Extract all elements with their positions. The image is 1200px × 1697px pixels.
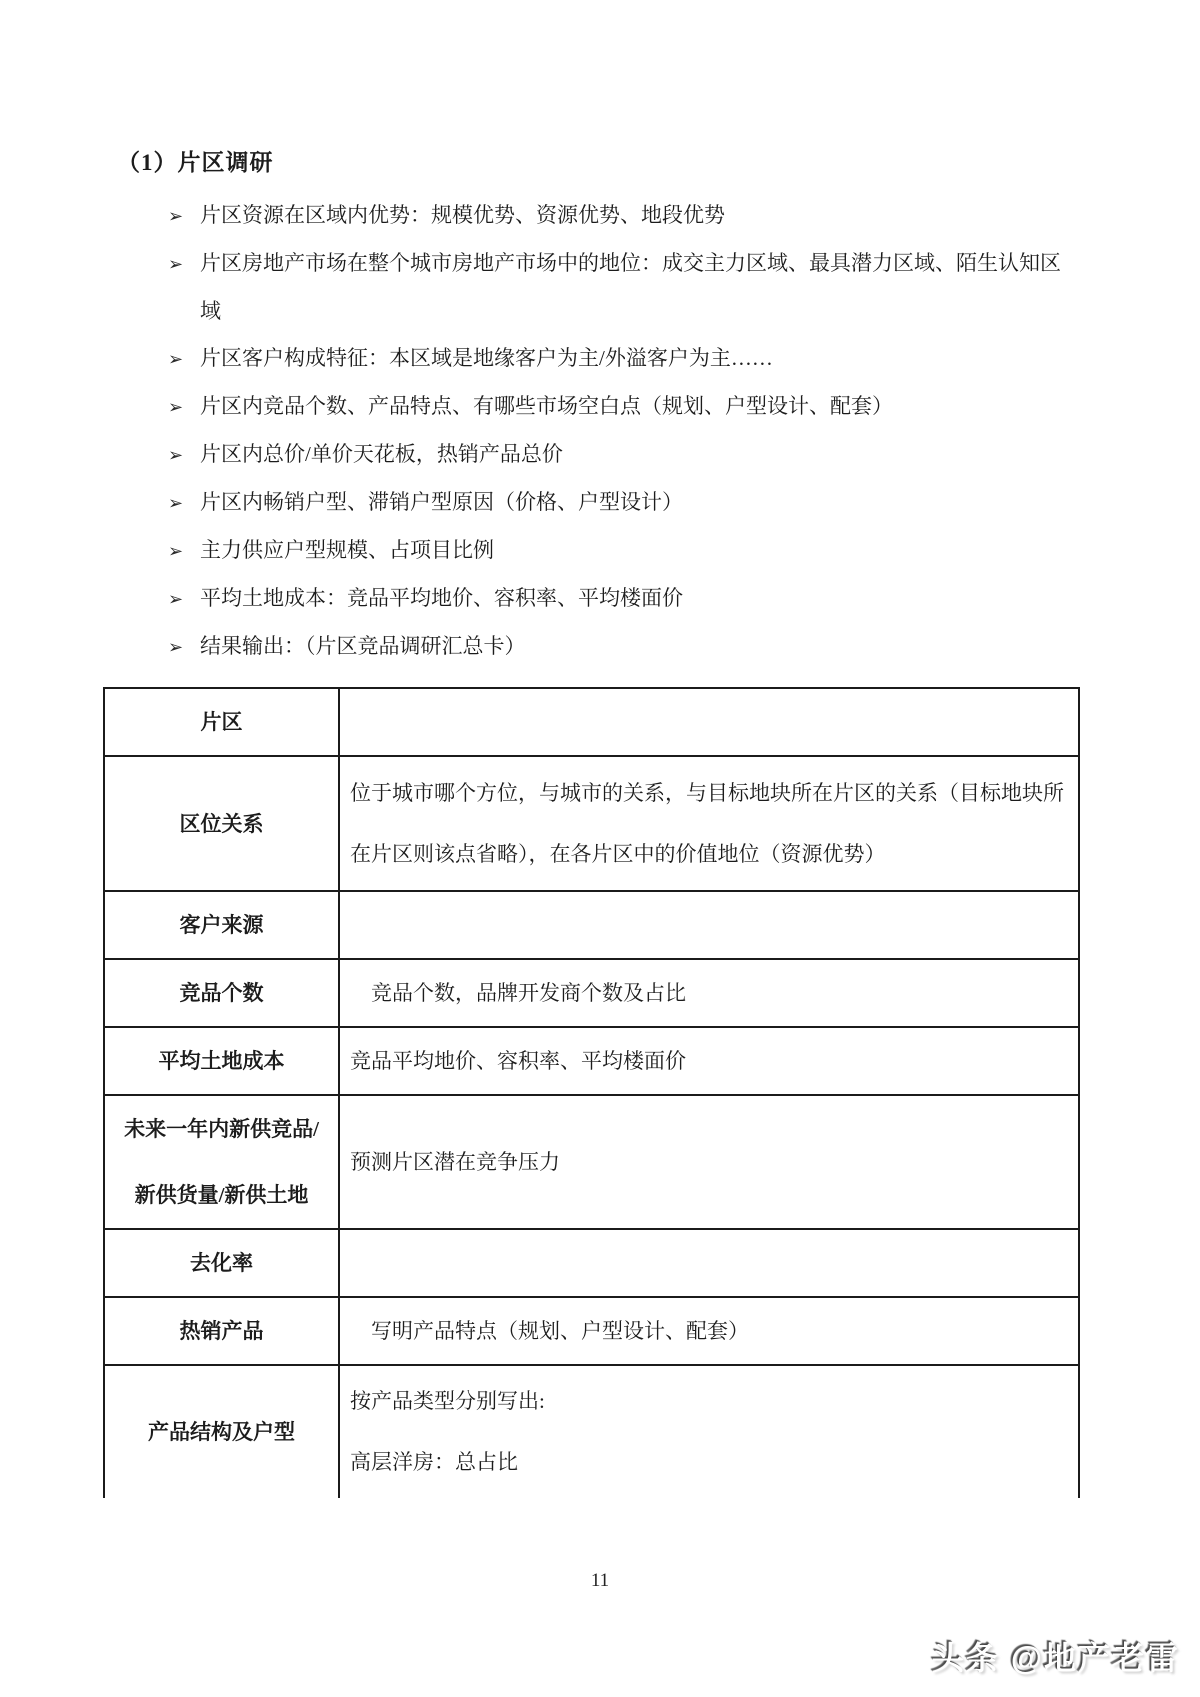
row-content xyxy=(339,1229,1079,1297)
row-content: 按产品类型分别写出: 高层洋房：总占比 xyxy=(339,1365,1079,1498)
table-row-product-structure: 产品结构及户型 按产品类型分别写出: 高层洋房：总占比 xyxy=(104,1365,1079,1498)
bullet-arrow-icon: ➢ xyxy=(168,241,200,288)
bullet-item: ➢片区内竞品个数、产品特点、有哪些市场空白点（规划、户型设计、配套） xyxy=(168,383,1068,431)
bullet-list: ➢片区资源在区域内优势：规模优势、资源优势、地段优势 ➢片区房地产市场在整个城市… xyxy=(168,192,1068,671)
table-row-customer-source: 客户来源 xyxy=(104,891,1079,959)
table-row-competitor-count: 竞品个数 竞品个数，品牌开发商个数及占比 xyxy=(104,959,1079,1027)
row-label: 未来一年内新供竞品/ 新供货量/新供土地 xyxy=(104,1095,339,1229)
bullet-arrow-icon: ➢ xyxy=(168,576,200,623)
bullet-text: 平均土地成本：竞品平均地价、容积率、平均楼面价 xyxy=(200,586,683,610)
table-row-future-new-supply: 未来一年内新供竞品/ 新供货量/新供土地 预测片区潜在竞争压力 xyxy=(104,1095,1079,1229)
table-row-absorption-rate: 去化率 xyxy=(104,1229,1079,1297)
row-content: 竞品个数，品牌开发商个数及占比 xyxy=(339,959,1079,1027)
row-label: 热销产品 xyxy=(104,1297,339,1365)
row-content: 预测片区潜在竞争压力 xyxy=(339,1095,1079,1229)
row-label: 竞品个数 xyxy=(104,959,339,1027)
bullet-item: ➢片区内畅销户型、滞销户型原因（价格、户型设计） xyxy=(168,479,1068,527)
row-label: 去化率 xyxy=(104,1229,339,1297)
bullet-item: ➢片区资源在区域内优势：规模优势、资源优势、地段优势 xyxy=(168,192,1068,240)
bullet-text: 片区客户构成特征：本区域是地缘客户为主/外溢客户为主…… xyxy=(200,346,773,370)
bullet-text: 片区资源在区域内优势：规模优势、资源优势、地段优势 xyxy=(200,203,725,227)
bullet-item: ➢结果输出：（片区竞品调研汇总卡） xyxy=(168,623,1068,671)
bullet-arrow-icon: ➢ xyxy=(168,193,200,240)
document-page: （1）片区调研 ➢片区资源在区域内优势：规模优势、资源优势、地段优势 ➢片区房地… xyxy=(0,0,1200,1697)
watermark: 头条 @地产老雷 xyxy=(932,1633,1180,1679)
table-row-hot-selling-products: 热销产品 写明产品特点（规划、户型设计、配套） xyxy=(104,1297,1079,1365)
row-content: 竞品平均地价、容积率、平均楼面价 xyxy=(339,1027,1079,1095)
bullet-text: 片区房地产市场在整个城市房地产市场中的地位：成交主力区域、最具潜力区域、陌生认知… xyxy=(200,251,1061,323)
row-content: 位于城市哪个方位，与城市的关系，与目标地块所在片区的关系（目标地块所在片区则该点… xyxy=(339,756,1079,891)
row-content: 写明产品特点（规划、户型设计、配套） xyxy=(339,1297,1079,1365)
row-label: 客户来源 xyxy=(104,891,339,959)
section-heading: （1）片区调研 xyxy=(117,144,274,177)
table-row-district: 片区 xyxy=(104,688,1079,756)
row-label: 区位关系 xyxy=(104,756,339,891)
table-row-location-relation: 区位关系 位于城市哪个方位，与城市的关系，与目标地块所在片区的关系（目标地块所在… xyxy=(104,756,1079,891)
bullet-arrow-icon: ➢ xyxy=(168,624,200,671)
bullet-text: 片区内总价/单价天花板，热销产品总价 xyxy=(200,442,563,466)
bullet-text: 片区内竞品个数、产品特点、有哪些市场空白点（规划、户型设计、配套） xyxy=(200,394,893,418)
bullet-item: ➢片区房地产市场在整个城市房地产市场中的地位：成交主力区域、最具潜力区域、陌生认… xyxy=(168,240,1068,335)
row-content xyxy=(339,688,1079,756)
bullet-text: 结果输出：（片区竞品调研汇总卡） xyxy=(200,634,526,658)
bullet-text: 主力供应户型规模、占项目比例 xyxy=(200,538,494,562)
bullet-item: ➢平均土地成本：竞品平均地价、容积率、平均楼面价 xyxy=(168,575,1068,623)
bullet-item: ➢主力供应户型规模、占项目比例 xyxy=(168,527,1068,575)
bullet-arrow-icon: ➢ xyxy=(168,480,200,527)
page-number: 11 xyxy=(0,1570,1200,1592)
row-content xyxy=(339,891,1079,959)
district-research-summary-table: 片区 区位关系 位于城市哪个方位，与城市的关系，与目标地块所在片区的关系（目标地… xyxy=(103,687,1080,1498)
table-row-average-land-cost: 平均土地成本 竞品平均地价、容积率、平均楼面价 xyxy=(104,1027,1079,1095)
bullet-text: 片区内畅销户型、滞销户型原因（价格、户型设计） xyxy=(200,490,683,514)
bullet-arrow-icon: ➢ xyxy=(168,384,200,431)
row-label: 片区 xyxy=(104,688,339,756)
bullet-arrow-icon: ➢ xyxy=(168,336,200,383)
bullet-arrow-icon: ➢ xyxy=(168,432,200,479)
bullet-item: ➢片区内总价/单价天花板，热销产品总价 xyxy=(168,431,1068,479)
row-label: 平均土地成本 xyxy=(104,1027,339,1095)
bullet-arrow-icon: ➢ xyxy=(168,528,200,575)
bullet-item: ➢片区客户构成特征：本区域是地缘客户为主/外溢客户为主…… xyxy=(168,335,1068,383)
row-label: 产品结构及户型 xyxy=(104,1365,339,1498)
